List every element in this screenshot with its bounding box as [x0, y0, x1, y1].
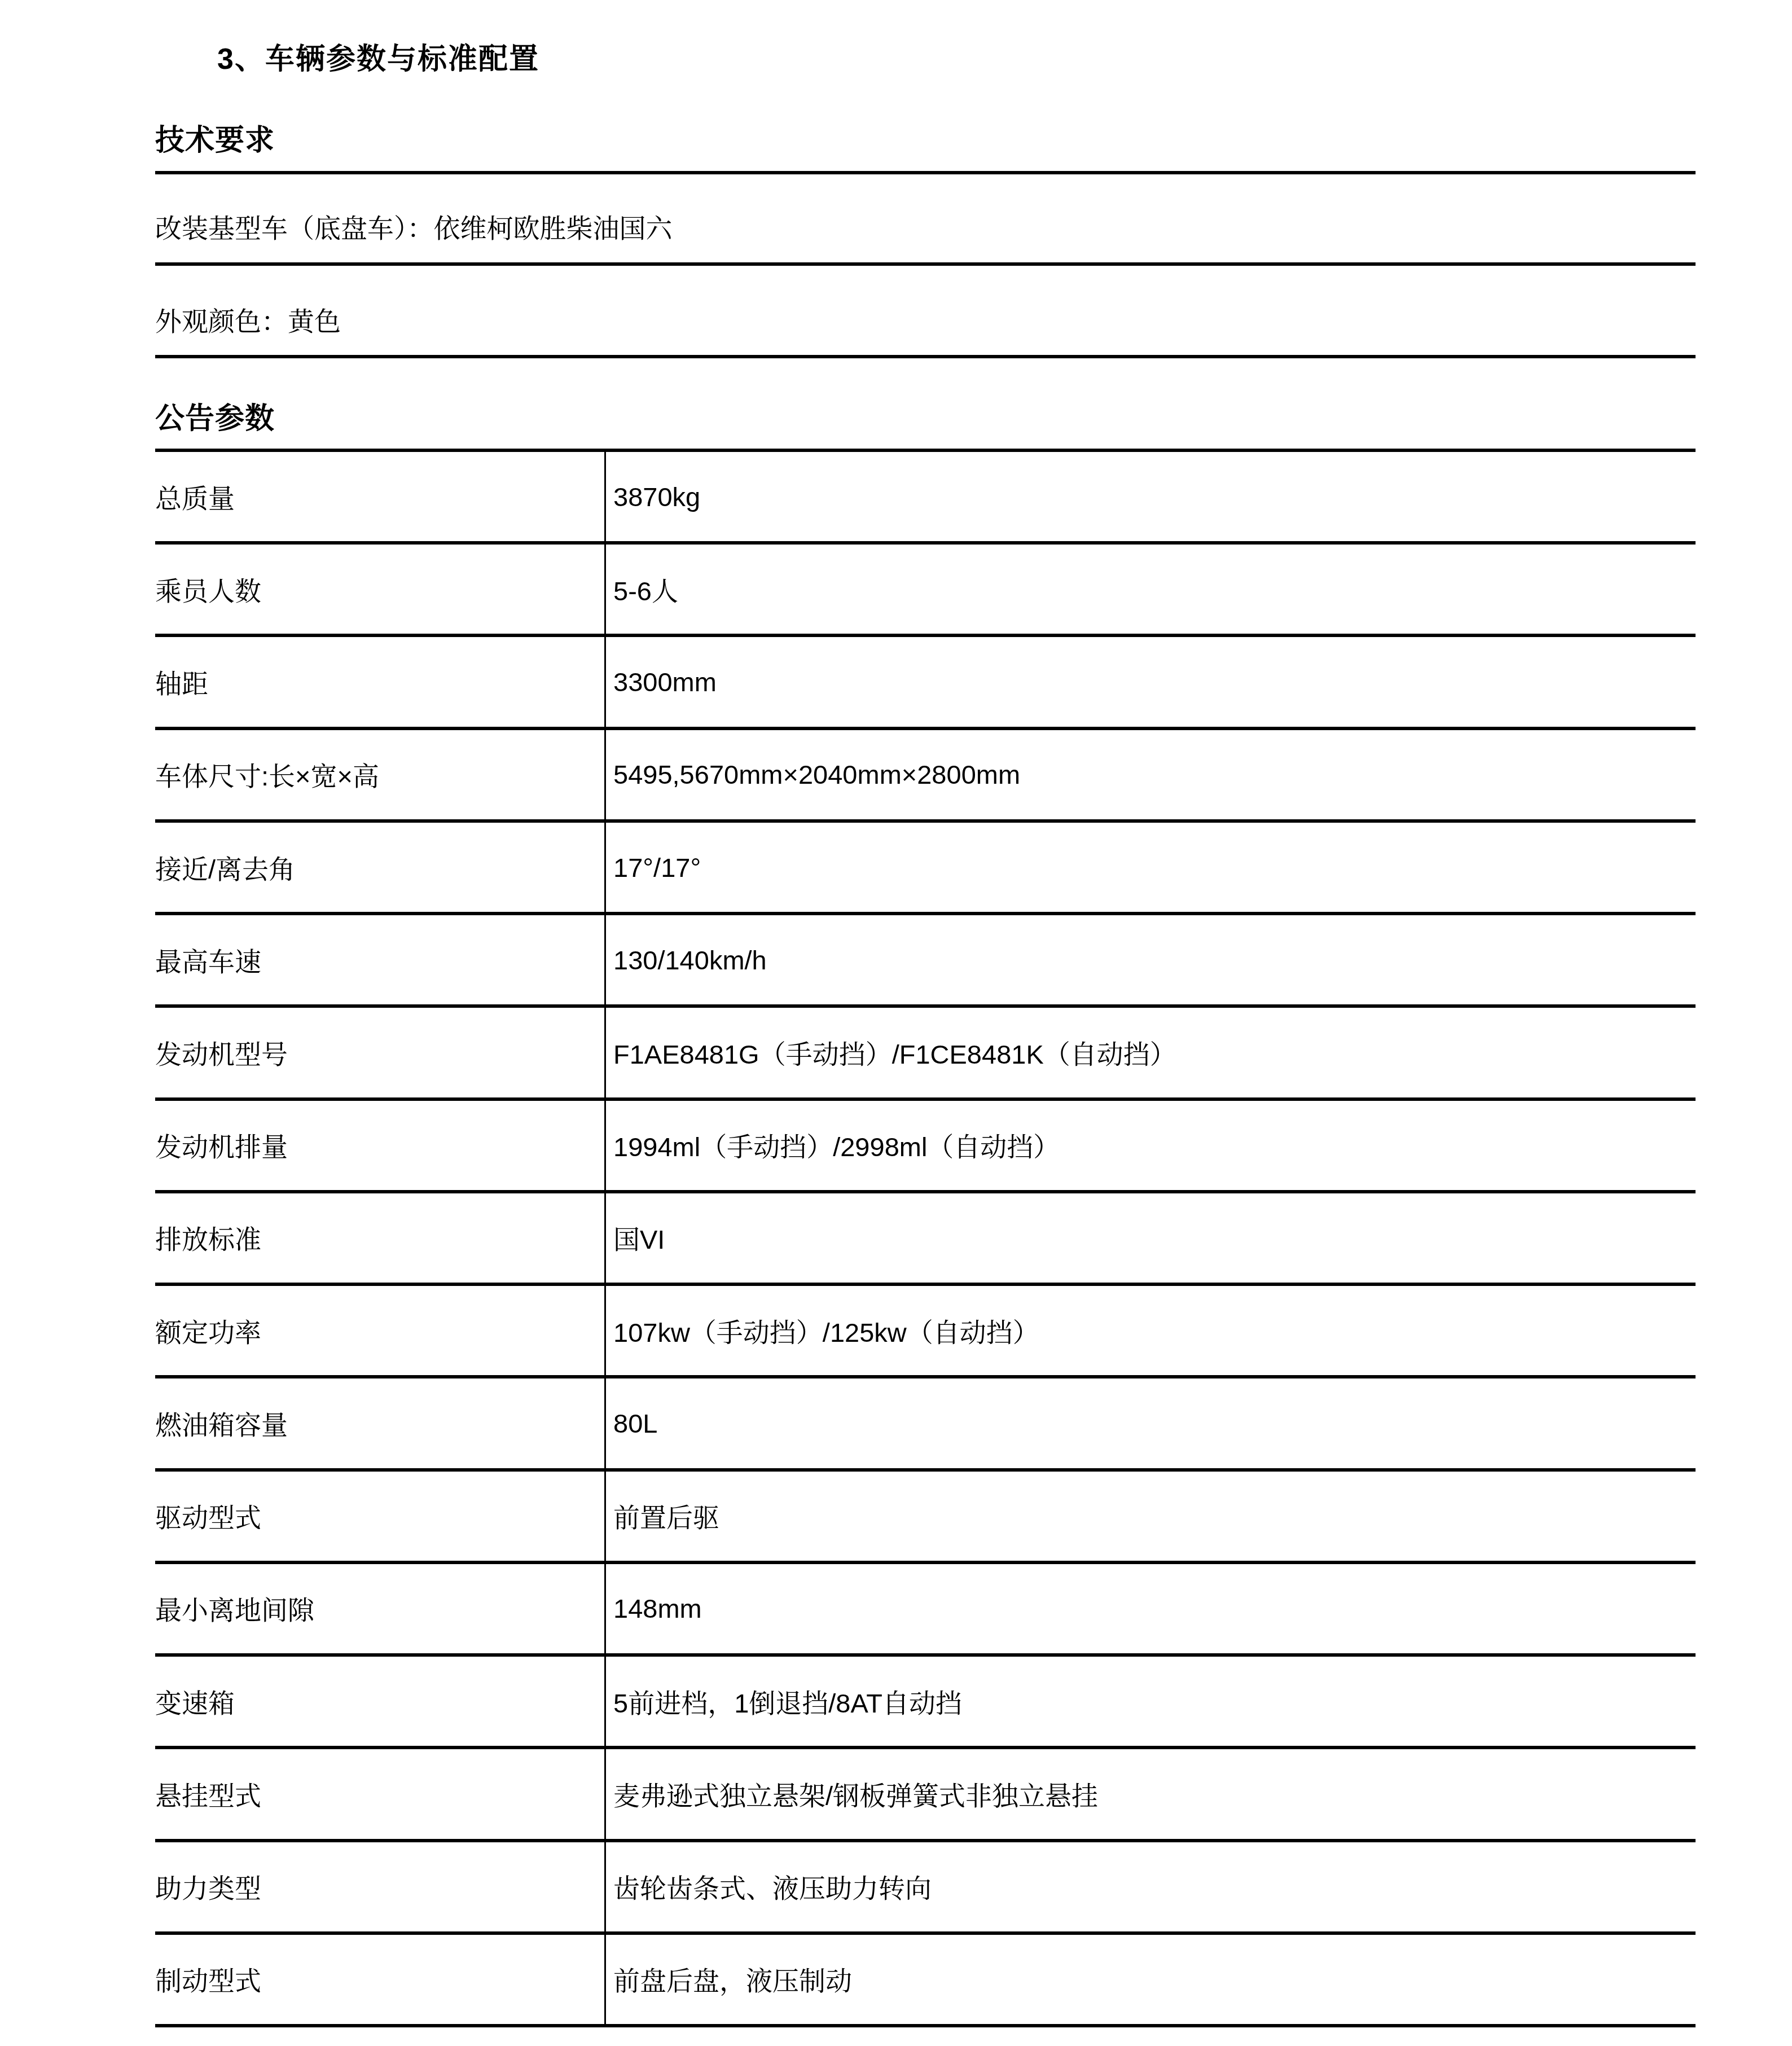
- table-row-steering-assist-type: 助力类型 齿轮齿条式、液压助力转向: [155, 1839, 1696, 1931]
- divider-line: [155, 355, 1696, 358]
- param-label: 驱动型式: [155, 1472, 604, 1561]
- param-label: 最小离地间隙: [155, 1564, 604, 1653]
- param-value: 5前进档，1倒退挡/8AT自动挡: [604, 1657, 1696, 1746]
- param-value: 麦弗逊式独立悬架/钢板弹簧式非独立悬挂: [604, 1749, 1696, 1838]
- announcement-params-heading: 公告参数: [155, 394, 275, 437]
- table-row-gearbox: 变速箱 5前进档，1倒退挡/8AT自动挡: [155, 1653, 1696, 1746]
- table-row-emission-standard: 排放标准 国VI: [155, 1190, 1696, 1283]
- table-row-drive-type: 驱动型式 前置后驱: [155, 1468, 1696, 1561]
- param-label: 发动机排量: [155, 1101, 604, 1190]
- table-row-approach-departure-angle: 接近/离去角 17°/17°: [155, 819, 1696, 912]
- divider-line: [155, 262, 1696, 266]
- table-row-engine-displacement: 发动机排量 1994ml（手动挡）/2998ml（自动挡）: [155, 1097, 1696, 1190]
- param-label: 总质量: [155, 452, 604, 541]
- param-value: 130/140km/h: [604, 915, 1696, 1004]
- divider-line: [155, 171, 1696, 174]
- table-row-brake-type: 制动型式 前盘后盘，液压制动: [155, 1931, 1696, 2024]
- param-value: 国VI: [604, 1193, 1696, 1283]
- param-label: 燃油箱容量: [155, 1378, 604, 1468]
- param-label: 轴距: [155, 637, 604, 726]
- param-label: 额定功率: [155, 1286, 604, 1375]
- param-value: 5-6人: [604, 545, 1696, 634]
- document-page: 3、车辆参数与标准配置 技术要求 改装基型车（底盘车）：依维柯欧胜柴油国六 外观…: [0, 0, 1792, 2046]
- param-value: 80L: [604, 1378, 1696, 1468]
- param-value: 前盘后盘，液压制动: [604, 1935, 1696, 2024]
- param-value: 148mm: [604, 1564, 1696, 1653]
- parameters-table: 总质量 3870kg 乘员人数 5-6人 轴距 3300mm 车体尺寸:长×宽×…: [155, 449, 1696, 2027]
- table-row-suspension-type: 悬挂型式 麦弗逊式独立悬架/钢板弹簧式非独立悬挂: [155, 1746, 1696, 1838]
- param-label: 制动型式: [155, 1935, 604, 2024]
- param-value: 17°/17°: [604, 823, 1696, 912]
- table-row-gross-weight: 总质量 3870kg: [155, 449, 1696, 541]
- param-label: 乘员人数: [155, 545, 604, 634]
- param-value: 3870kg: [604, 452, 1696, 541]
- table-row-passengers: 乘员人数 5-6人: [155, 541, 1696, 634]
- param-label: 助力类型: [155, 1842, 604, 1931]
- param-label: 悬挂型式: [155, 1749, 604, 1838]
- table-row-engine-model: 发动机型号 F1AE8481G（手动挡）/F1CE8481K（自动挡）: [155, 1004, 1696, 1097]
- param-label: 接近/离去角: [155, 823, 604, 912]
- exterior-color-row: 外观颜色：黄色: [155, 301, 1696, 339]
- param-value: 3300mm: [604, 637, 1696, 726]
- param-value: 1994ml（手动挡）/2998ml（自动挡）: [604, 1101, 1696, 1190]
- param-label: 最高车速: [155, 915, 604, 1004]
- table-row-ground-clearance: 最小离地间隙 148mm: [155, 1561, 1696, 1653]
- tech-requirements-heading: 技术要求: [155, 116, 275, 159]
- base-vehicle-row: 改装基型车（底盘车）：依维柯欧胜柴油国六: [155, 208, 1696, 245]
- table-row-dimensions: 车体尺寸:长×宽×高 5495,5670mm×2040mm×2800mm: [155, 727, 1696, 819]
- param-value: 前置后驱: [604, 1472, 1696, 1561]
- param-label: 变速箱: [155, 1657, 604, 1746]
- table-row-wheelbase: 轴距 3300mm: [155, 634, 1696, 726]
- param-value: 107kw（手动挡）/125kw（自动挡）: [604, 1286, 1696, 1375]
- param-label: 车体尺寸:长×宽×高: [155, 730, 604, 819]
- param-value: 齿轮齿条式、液压助力转向: [604, 1842, 1696, 1931]
- table-row-fuel-tank-capacity: 燃油箱容量 80L: [155, 1375, 1696, 1468]
- param-value: 5495,5670mm×2040mm×2800mm: [604, 730, 1696, 819]
- table-row-rated-power: 额定功率 107kw（手动挡）/125kw（自动挡）: [155, 1283, 1696, 1375]
- table-row-max-speed: 最高车速 130/140km/h: [155, 912, 1696, 1004]
- param-label: 排放标准: [155, 1193, 604, 1283]
- param-label: 发动机型号: [155, 1008, 604, 1097]
- section-heading: 3、车辆参数与标准配置: [217, 35, 539, 77]
- param-value: F1AE8481G（手动挡）/F1CE8481K（自动挡）: [604, 1008, 1696, 1097]
